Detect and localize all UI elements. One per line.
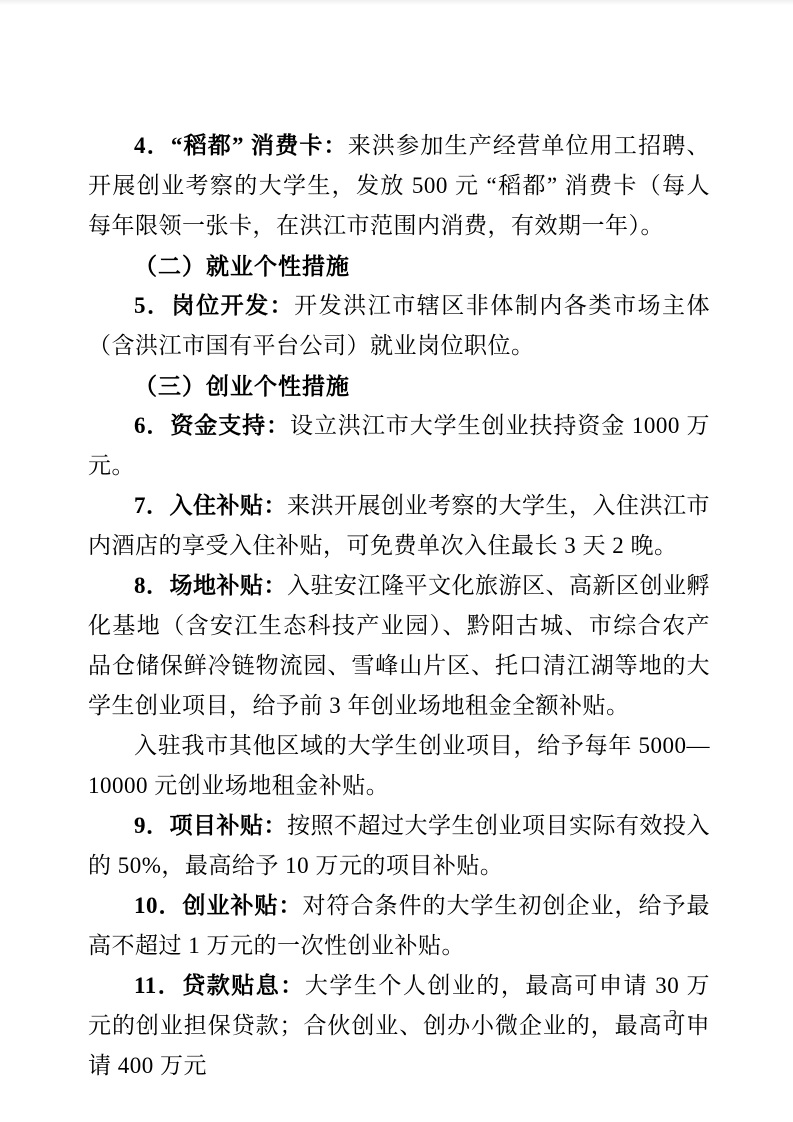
heading-text: （二）就业个性措施 (134, 253, 350, 279)
paragraph-lead: 4．“稻都” 消费卡： (134, 133, 348, 158)
paragraph-lead: 9．项目补贴： (134, 813, 287, 838)
paragraph-lead: 7．入住补贴： (134, 493, 287, 518)
paragraph-lead: 5．岗位开发： (134, 293, 294, 318)
paragraph-lead: 6．资金支持： (134, 413, 290, 438)
paragraph: 11．贷款贴息：大学生个人创业的，最高可申请 30 万元的创业担保贷款；合伙创业… (88, 966, 710, 1086)
document-page: 4．“稻都” 消费卡：来洪参加生产经营单位用工招聘、开展创业考察的大学生，发放 … (0, 0, 793, 1122)
paragraph: 6．资金支持：设立洪江市大学生创业扶持资金 1000 万元。 (88, 406, 710, 486)
paragraph: 7．入住补贴：来洪开展创业考察的大学生，入住洪江市内酒店的享受入住补贴，可免费单… (88, 486, 710, 566)
section-heading: （三）创业个性措施 (88, 366, 710, 406)
paragraph: 8．场地补贴：入驻安江隆平文化旅游区、高新区创业孵化基地（含安江生态科技产业园）… (88, 566, 710, 726)
paragraph: 入驻我市其他区域的大学生创业项目，给予每年 5000—10000 元创业场地租金… (88, 726, 710, 806)
paragraph-text: 入驻我市其他区域的大学生创业项目，给予每年 5000—10000 元创业场地租金… (88, 733, 710, 798)
paragraph-lead: 10．创业补贴： (134, 893, 303, 918)
paragraph-lead: 11．贷款贴息： (134, 973, 305, 998)
paragraph-lead: 8．场地补贴： (134, 573, 287, 598)
paragraph: 5．岗位开发：开发洪江市辖区非体制内各类市场主体（含洪江市国有平台公司）就业岗位… (88, 286, 710, 366)
page-number: - 3 - (653, 1006, 696, 1026)
scan-edge-artifact (0, 0, 793, 5)
paragraph: 10．创业补贴：对符合条件的大学生初创企业，给予最高不超过 1 万元的一次性创业… (88, 886, 710, 966)
section-heading: （二）就业个性措施 (88, 246, 710, 286)
heading-text: （三）创业个性措施 (134, 373, 350, 399)
paragraph: 4．“稻都” 消费卡：来洪参加生产经营单位用工招聘、开展创业考察的大学生，发放 … (88, 126, 710, 246)
paragraph: 9．项目补贴：按照不超过大学生创业项目实际有效投入的 50%，最高给予 10 万… (88, 806, 710, 886)
document-body: 4．“稻都” 消费卡：来洪参加生产经营单位用工招聘、开展创业考察的大学生，发放 … (88, 126, 710, 1086)
